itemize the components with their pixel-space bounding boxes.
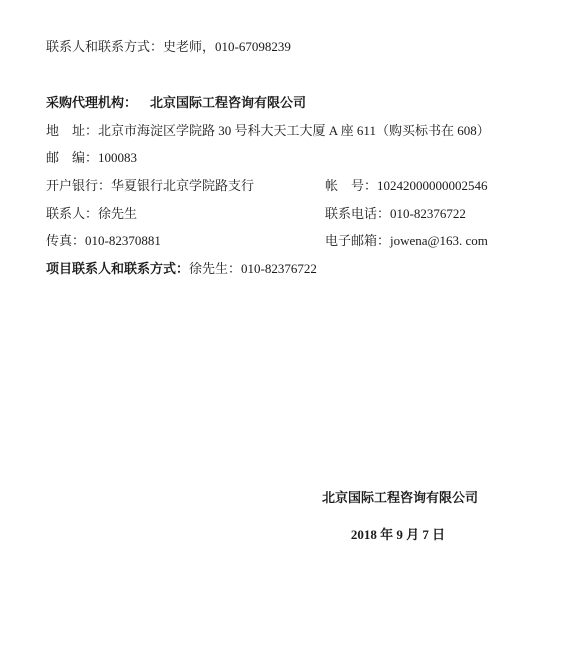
bank-line: 开户银行：华夏银行北京学院路支行 帐 号：10242000000002546 — [46, 178, 254, 193]
document-page: 联系人和联系方式：史老师，010-67098239 采购代理机构：北京国际工程咨… — [0, 0, 570, 660]
contact-phone: 联系电话：010-82376722 — [325, 206, 466, 221]
bank-name: 开户银行：华夏银行北京学院路支行 — [46, 178, 254, 193]
agency-line: 采购代理机构：北京国际工程咨询有限公司 — [46, 95, 306, 110]
project-contact-value: 徐先生：010-82376722 — [189, 261, 317, 276]
signature-block: 北京国际工程咨询有限公司 2018 年 9 月 7 日 — [322, 490, 474, 542]
project-contact-line: 项目联系人和联系方式：徐先生：010-82376722 — [46, 261, 317, 276]
signature-date: 2018 年 9 月 7 日 — [322, 527, 474, 542]
agency-name: 北京国际工程咨询有限公司 — [150, 95, 306, 110]
fax-number: 传真：010-82370881 — [46, 233, 161, 248]
top-contact-line: 联系人和联系方式：史老师，010-67098239 — [46, 39, 291, 54]
contact-person-line: 联系人：徐先生 联系电话：010-82376722 — [46, 206, 137, 221]
signature-company: 北京国际工程咨询有限公司 — [322, 490, 474, 505]
address-line: 地 址：北京市海淀区学院路 30 号科大天工大厦 A 座 611（购买标书在 6… — [46, 123, 490, 138]
email-address: 电子邮箱：jowena@163. com — [325, 233, 488, 248]
project-contact-label: 项目联系人和联系方式： — [46, 261, 189, 276]
contact-person: 联系人：徐先生 — [46, 206, 137, 221]
fax-line: 传真：010-82370881 电子邮箱：jowena@163. com — [46, 233, 161, 248]
zip-code-line: 邮 编：100083 — [46, 150, 137, 165]
account-number: 帐 号：10242000000002546 — [325, 178, 488, 193]
agency-label: 采购代理机构： — [46, 95, 137, 110]
